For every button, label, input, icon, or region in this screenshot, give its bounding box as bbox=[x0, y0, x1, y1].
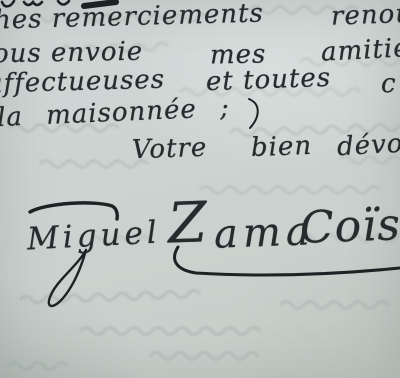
line5-fragment-left: Votre bbox=[132, 134, 208, 165]
line1-fragment-left: hes remerciements bbox=[0, 0, 264, 35]
maisonnee-closing-swash bbox=[249, 99, 258, 128]
line3-fragment-right: c bbox=[381, 70, 397, 99]
line1-fragment-right: renouv bbox=[331, 0, 400, 31]
signature-last-end: Coïs bbox=[299, 201, 400, 253]
line5-fragment-middle: bien bbox=[251, 132, 313, 163]
line2-fragment-right: amitiés bbox=[320, 33, 400, 67]
line5-fragment-right: dévou bbox=[336, 129, 400, 162]
line3-fragment-middle: et toutes bbox=[206, 64, 332, 97]
line2-fragment-left: ous envoie bbox=[0, 38, 143, 69]
line3-fragment-left: affectueuses bbox=[0, 66, 165, 99]
signature-first-name: Miguel bbox=[26, 216, 161, 257]
letter-photo: hes remerciements renouv ous envoie mes … bbox=[0, 0, 400, 378]
signature-last-initial: Z bbox=[167, 192, 209, 255]
miguel-g-loop bbox=[49, 250, 86, 306]
line4-text: la maisonnée ; bbox=[0, 94, 230, 133]
